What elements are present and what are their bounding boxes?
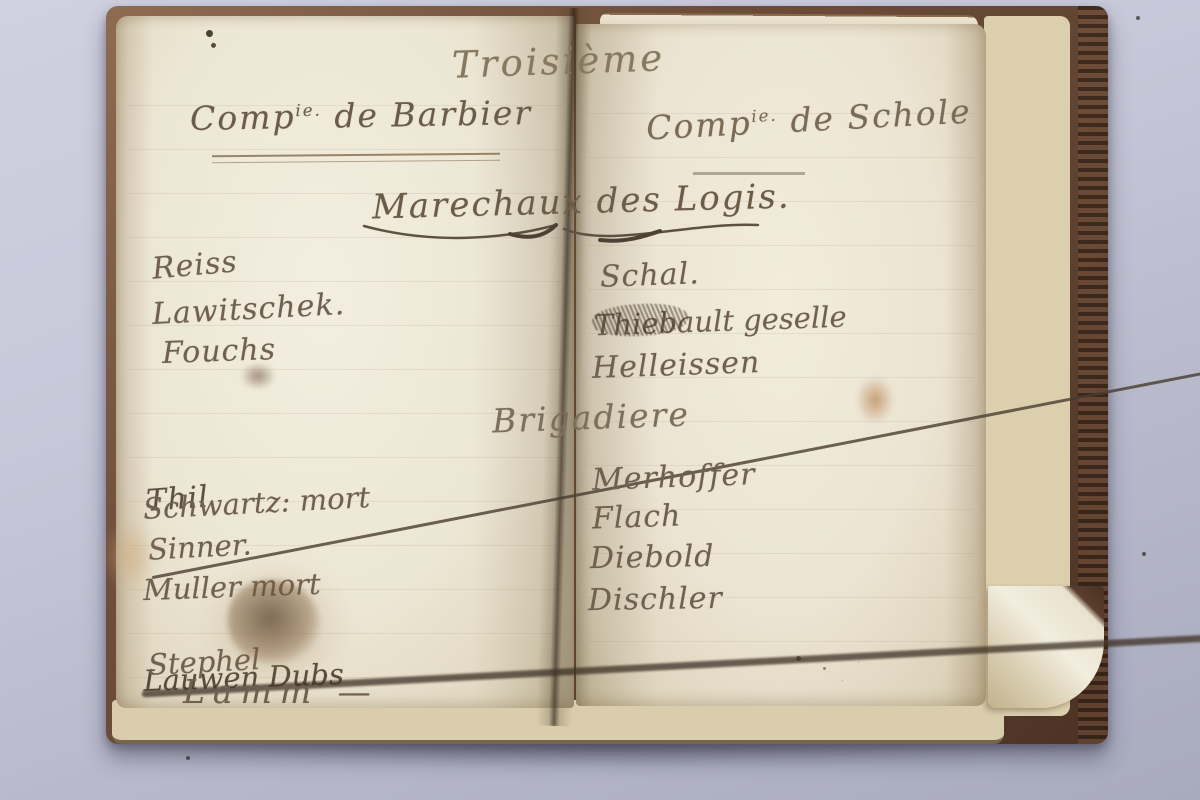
- heading-underline: [693, 172, 805, 175]
- left-company-heading: Compie. de Barbier: [190, 93, 533, 138]
- name-entry: Dischler: [588, 581, 723, 618]
- ink-specks: [796, 656, 801, 661]
- name-entry: Sinner.: [147, 527, 252, 566]
- dust-speck: [1142, 552, 1146, 556]
- company-prefix: Comp: [645, 103, 752, 147]
- dust-speck: [1136, 16, 1140, 20]
- company-superscript: ie.: [295, 101, 322, 120]
- large-brown-stain: [228, 580, 320, 664]
- name-entry: Helleissen: [591, 345, 760, 386]
- name-entry: Reiss: [151, 244, 239, 286]
- company-name: de Barbier: [322, 93, 533, 136]
- ink-smudge-stain: [240, 362, 276, 390]
- margin-stain: [104, 520, 156, 592]
- company-prefix: Comp: [190, 97, 296, 138]
- section-title: Troisième: [451, 36, 666, 86]
- brigadiers-heading: Brigadiere: [491, 395, 690, 441]
- name-entry: Schal.: [599, 256, 700, 294]
- name-entry: Diebold: [590, 539, 715, 576]
- name-entry: Flach: [591, 498, 682, 536]
- photo-background: Troisième Compie. de Barbier Compie. de …: [0, 0, 1200, 800]
- company-superscript: ie.: [751, 106, 778, 126]
- name-entry: Merhoffer: [591, 457, 756, 498]
